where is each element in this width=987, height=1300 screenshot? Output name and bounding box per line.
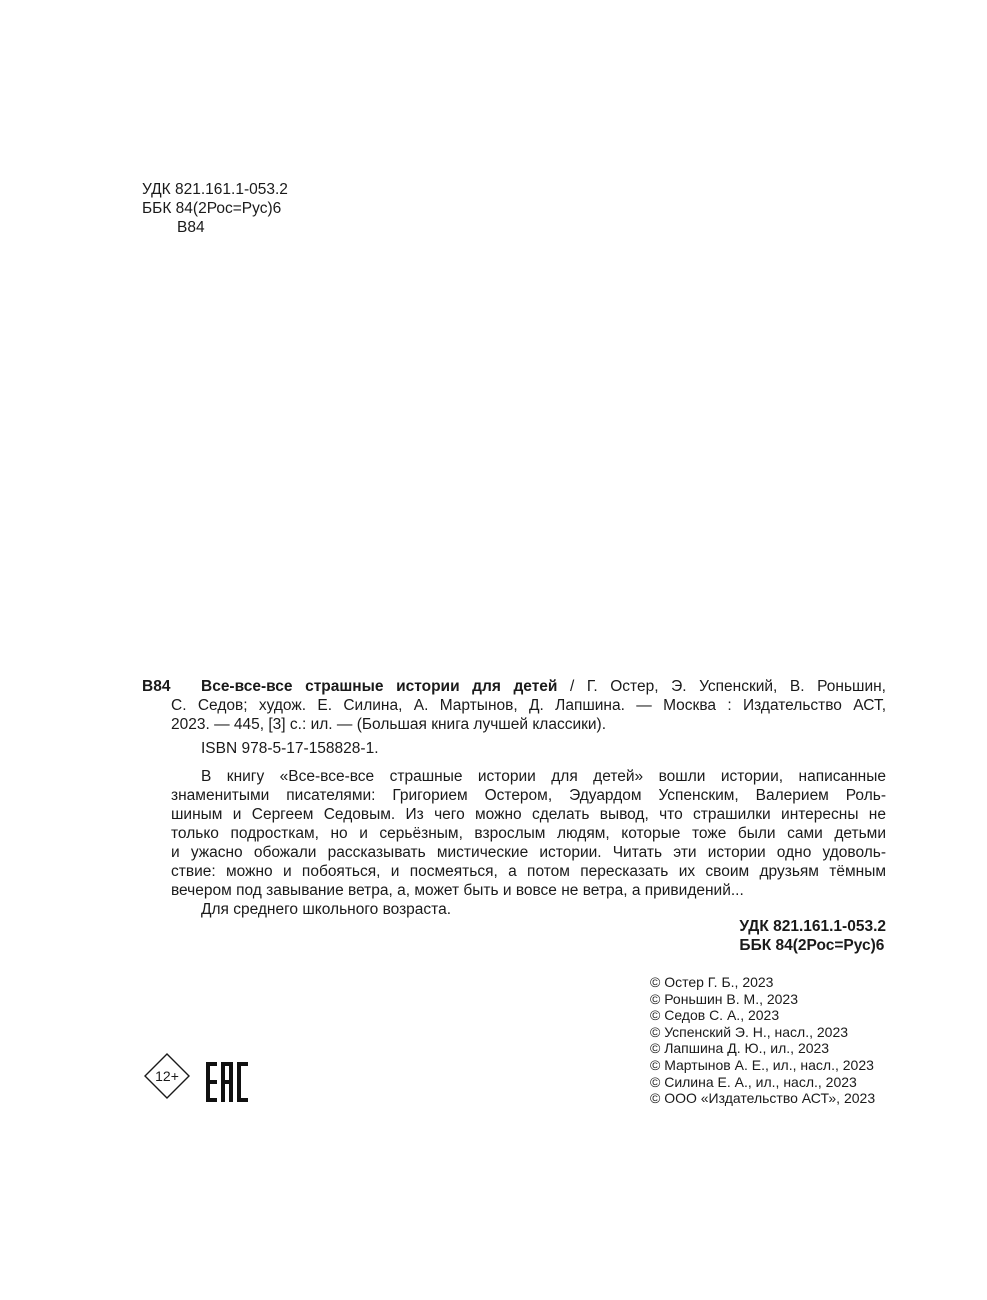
- bbk-code: ББК 84(2Рос=Рус)6: [142, 199, 288, 218]
- copyright-line: © ООО «Издательство АСТ», 2023: [650, 1090, 875, 1107]
- bib-line-2: С. Седов; худож. Е. Силина, А. Мартынов,…: [142, 696, 886, 715]
- copyright-line: © Мартынов А. Е., ил., насл., 2023: [650, 1057, 875, 1074]
- annotation-line: ствие: можно и побояться, и посмеяться, …: [171, 862, 886, 881]
- copyright-line: © Остер Г. Б., 2023: [650, 974, 875, 991]
- age-rating-icon: 12+: [144, 1053, 190, 1099]
- annotation-line: шиным и Сергеем Седовым. Из чего можно с…: [171, 805, 886, 824]
- bibliographic-record: В84 Все-все-все страшные истории для дет…: [142, 677, 886, 919]
- annotation-line: и ужасно обожали рассказывать мистически…: [171, 843, 886, 862]
- bib-line-3: 2023. — 445, [3] с.: ил. — (Большая книг…: [142, 715, 886, 734]
- annotation-line: вечером под завывание ветра, а, может бы…: [171, 881, 886, 900]
- annotation: В книгу «Все-все-все страшные истории дл…: [142, 767, 886, 919]
- classification-block: УДК 821.161.1-053.2 ББК 84(2Рос=Рус)6: [739, 917, 886, 955]
- copyright-line: © Силина Е. А., ил., насл., 2023: [650, 1074, 875, 1091]
- author-mark: В84: [142, 218, 288, 237]
- copyright-line: © Роньшин В. М., 2023: [650, 991, 875, 1008]
- udk-code: УДК 821.161.1-053.2: [142, 180, 288, 199]
- bbk-code-bold: ББК 84(2Рос=Рус)6: [739, 936, 886, 955]
- bib-authors: / Г. Остер, Э. Успенский, В. Роньшин,: [557, 678, 886, 695]
- copyright-list: © Остер Г. Б., 2023 © Роньшин В. М., 202…: [650, 974, 875, 1107]
- top-classification-codes: УДК 821.161.1-053.2 ББК 84(2Рос=Рус)6 В8…: [142, 180, 288, 237]
- imprint-page: УДК 821.161.1-053.2 ББК 84(2Рос=Рус)6 В8…: [0, 0, 987, 1300]
- author-mark-code: В84: [142, 677, 170, 696]
- eac-conformity-icon: [205, 1061, 249, 1105]
- copyright-line: © Лапшина Д. Ю., ил., 2023: [650, 1040, 875, 1057]
- udk-code-bold: УДК 821.161.1-053.2: [739, 917, 886, 936]
- book-title: Все-все-все страшные истории для детей: [201, 678, 557, 695]
- bib-line-1: В84 Все-все-все страшные истории для дет…: [142, 677, 886, 696]
- copyright-line: © Успенский Э. Н., насл., 2023: [650, 1024, 875, 1041]
- copyright-line: © Седов С. А., 2023: [650, 1007, 875, 1024]
- isbn: ISBN 978-5-17-158828-1.: [142, 739, 886, 758]
- annotation-line: В книгу «Все-все-все страшные истории дл…: [171, 767, 886, 786]
- svg-text:12+: 12+: [155, 1068, 179, 1084]
- annotation-line: только подросткам, но и серьёзным, взрос…: [171, 824, 886, 843]
- annotation-line: знаменитыми писателями: Григорием Остеро…: [171, 786, 886, 805]
